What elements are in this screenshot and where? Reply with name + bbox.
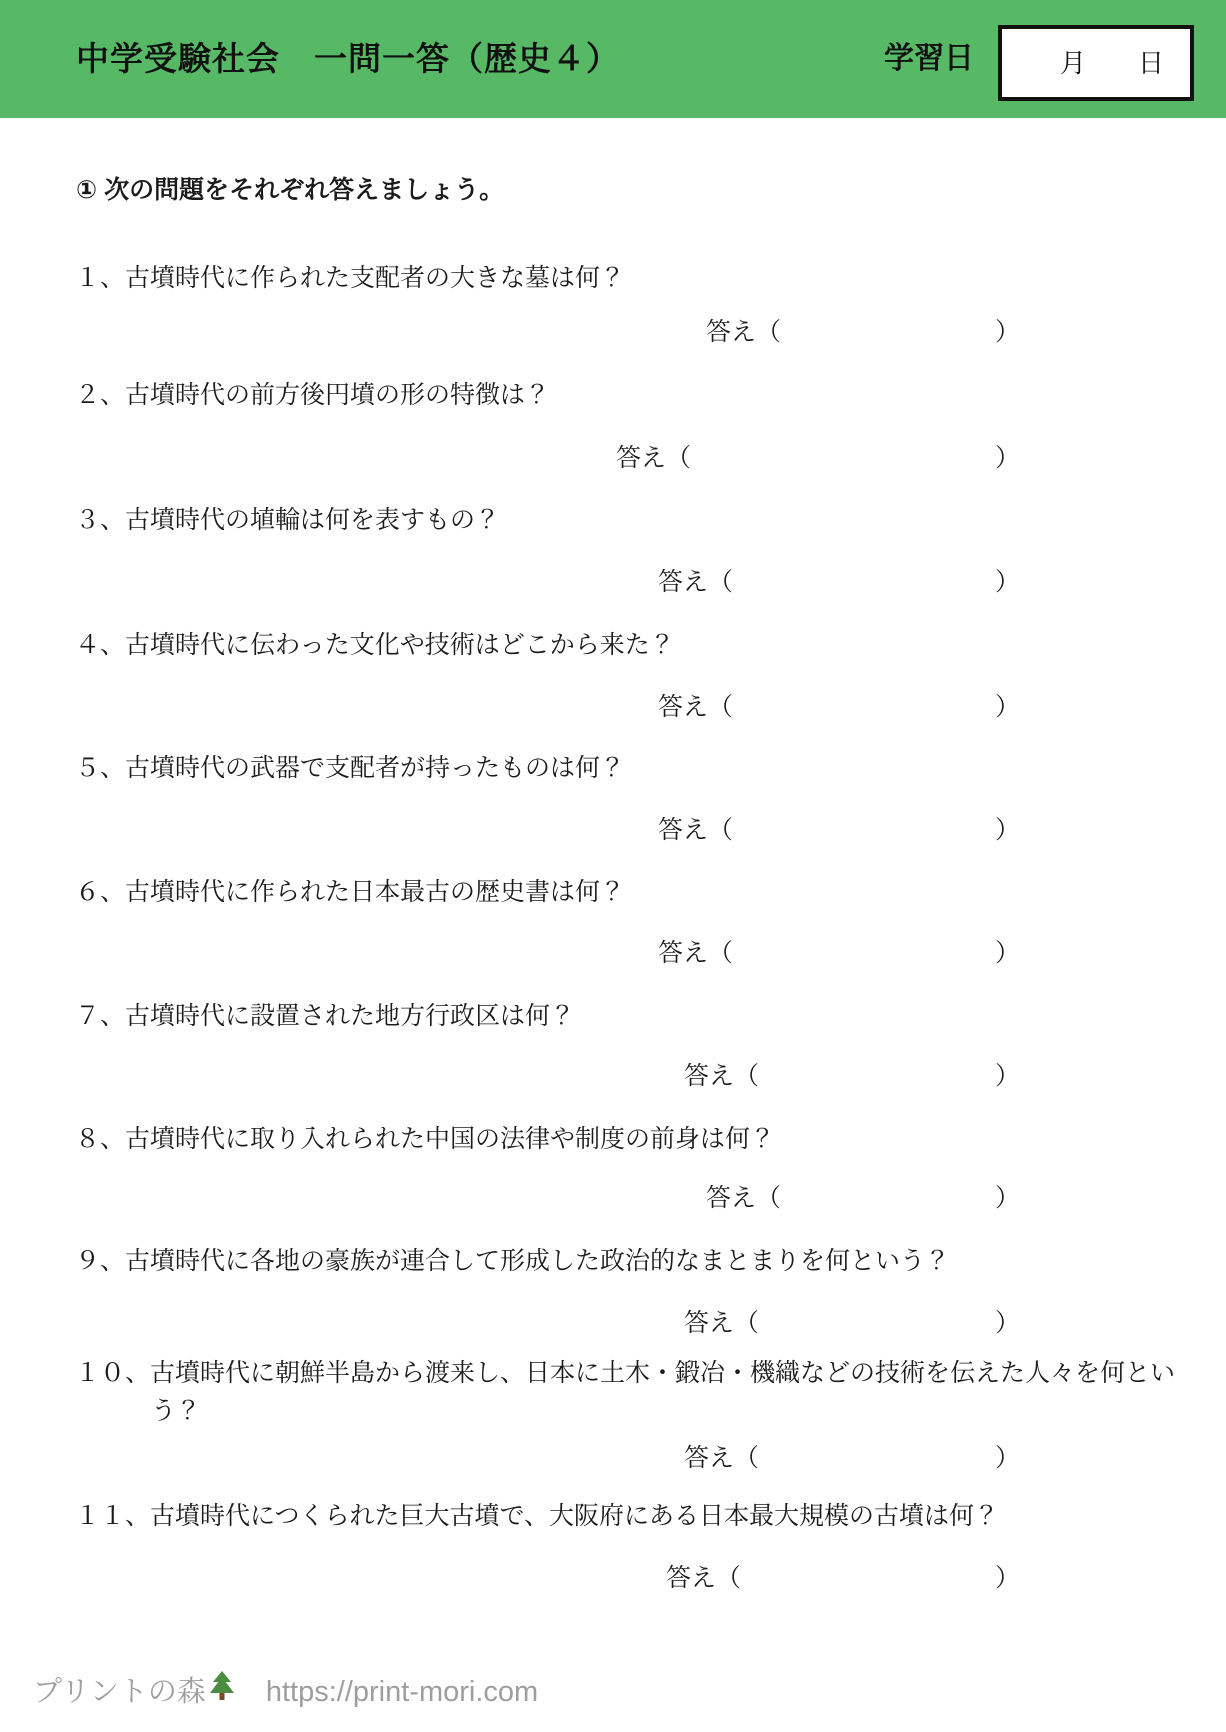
- question-number: ７、: [75, 1002, 125, 1030]
- question-number: ５、: [75, 754, 125, 782]
- month-label: 月: [1060, 29, 1086, 97]
- question-number: １、: [75, 264, 125, 292]
- question-number: １１、: [75, 1502, 150, 1530]
- question-text: 古墳時代に作られた支配者の大きな墓は何？: [125, 264, 625, 292]
- answer-suffix: ）: [995, 1304, 1020, 1342]
- answer-line: 答え（）: [0, 811, 1226, 851]
- answer-prefix: 答え（: [658, 688, 733, 726]
- worksheet-page: 中学受験社会 一問一答（歴史４） 学習日 月 日 ① 次の問題をそれぞれ答えまし…: [0, 0, 1226, 1732]
- answer-line: 答え（）: [0, 688, 1226, 728]
- question-number: １０、: [75, 1359, 150, 1387]
- answer-suffix: ）: [995, 563, 1020, 601]
- question-item: ５、古墳時代の武器で支配者が持ったものは何？: [75, 749, 1199, 787]
- answer-line: 答え（）: [0, 1439, 1226, 1479]
- question-text: 古墳時代に伝わった文化や技術はどこから来た？: [125, 631, 675, 659]
- site-url: https://print-mori.com: [266, 1670, 538, 1714]
- answer-suffix: ）: [995, 1439, 1020, 1477]
- answer-prefix: 答え（: [684, 1057, 759, 1095]
- answer-suffix: ）: [995, 439, 1020, 477]
- answer-prefix: 答え（: [658, 934, 733, 972]
- answer-suffix: ）: [995, 688, 1020, 726]
- question-number: ９、: [75, 1247, 125, 1275]
- question-text: 古墳時代の武器で支配者が持ったものは何？: [125, 754, 625, 782]
- answer-suffix: ）: [995, 1179, 1020, 1217]
- question-item: １１、古墳時代につくられた巨大古墳で、大阪府にある日本最大規模の古墳は何？: [75, 1497, 1223, 1535]
- question-text: 古墳時代に取り入れられた中国の法律や制度の前身は何？: [125, 1125, 775, 1153]
- answer-line: 答え（）: [0, 1179, 1226, 1219]
- answer-prefix: 答え（: [706, 1179, 781, 1217]
- question-item: １、古墳時代に作られた支配者の大きな墓は何？: [75, 259, 1199, 297]
- question-text: 古墳時代の埴輪は何を表すもの？: [125, 506, 500, 534]
- question-item: ４、古墳時代に伝わった文化や技術はどこから来た？: [75, 626, 1199, 664]
- instruction-text: ① 次の問題をそれぞれ答えましょう。: [76, 171, 504, 209]
- answer-line: 答え（）: [0, 439, 1226, 479]
- answer-line: 答え（）: [0, 1304, 1226, 1344]
- question-text: 古墳時代につくられた巨大古墳で、大阪府にある日本最大規模の古墳は何？: [150, 1502, 999, 1530]
- question-text: 古墳時代に設置された地方行政区は何？: [125, 1002, 575, 1030]
- answer-line: 答え（）: [0, 934, 1226, 974]
- question-item: １０、古墳時代に朝鮮半島から渡来し、日本に土木・鍛冶・機織などの技術を伝えた人々…: [75, 1354, 1223, 1430]
- answer-line: 答え（）: [0, 1057, 1226, 1097]
- answer-line: 答え（）: [0, 563, 1226, 603]
- answer-line: 答え（）: [0, 1559, 1226, 1599]
- answer-prefix: 答え（: [666, 1559, 741, 1597]
- question-item: ９、古墳時代に各地の豪族が連合して形成した政治的なまとまりを何という？: [75, 1242, 1199, 1280]
- answer-suffix: ）: [995, 811, 1020, 849]
- question-number: ８、: [75, 1125, 125, 1153]
- answer-prefix: 答え（: [684, 1439, 759, 1477]
- answer-suffix: ）: [995, 313, 1020, 351]
- question-text: 古墳時代に朝鮮半島から渡来し、日本に土木・鍛冶・機織などの技術を伝えた人々を何と…: [150, 1359, 1175, 1425]
- question-item: ３、古墳時代の埴輪は何を表すもの？: [75, 501, 1199, 539]
- answer-suffix: ）: [995, 1559, 1020, 1597]
- question-text: 古墳時代に作られた日本最古の歴史書は何？: [125, 878, 625, 906]
- header-bar: 中学受験社会 一問一答（歴史４） 学習日 月 日: [0, 0, 1226, 118]
- footer: プリントの森 https://print-mori.com: [33, 1668, 538, 1715]
- question-number: ４、: [75, 631, 125, 659]
- question-number: ３、: [75, 506, 125, 534]
- answer-suffix: ）: [995, 934, 1020, 972]
- question-item: ６、古墳時代に作られた日本最古の歴史書は何？: [75, 873, 1199, 911]
- answer-line: 答え（）: [0, 313, 1226, 353]
- page-title: 中学受験社会 一問一答（歴史４）: [76, 0, 620, 118]
- study-date-label: 学習日: [884, 0, 974, 118]
- answer-prefix: 答え（: [706, 313, 781, 351]
- site-name: プリントの森: [33, 1670, 206, 1714]
- day-label: 日: [1138, 29, 1164, 97]
- question-text: 古墳時代に各地の豪族が連合して形成した政治的なまとまりを何という？: [125, 1247, 950, 1275]
- answer-prefix: 答え（: [658, 563, 733, 601]
- answer-prefix: 答え（: [684, 1304, 759, 1342]
- answer-prefix: 答え（: [616, 439, 691, 477]
- answer-prefix: 答え（: [658, 811, 733, 849]
- question-number: ６、: [75, 878, 125, 906]
- question-item: ７、古墳時代に設置された地方行政区は何？: [75, 997, 1199, 1035]
- question-item: ８、古墳時代に取り入れられた中国の法律や制度の前身は何？: [75, 1120, 1199, 1158]
- date-entry-box: 月 日: [998, 25, 1194, 101]
- answer-suffix: ）: [995, 1057, 1020, 1095]
- question-text: 古墳時代の前方後円墳の形の特徴は？: [125, 381, 550, 409]
- question-number: ２、: [75, 381, 125, 409]
- tree-icon: [208, 1670, 236, 1715]
- question-item: ２、古墳時代の前方後円墳の形の特徴は？: [75, 376, 1199, 414]
